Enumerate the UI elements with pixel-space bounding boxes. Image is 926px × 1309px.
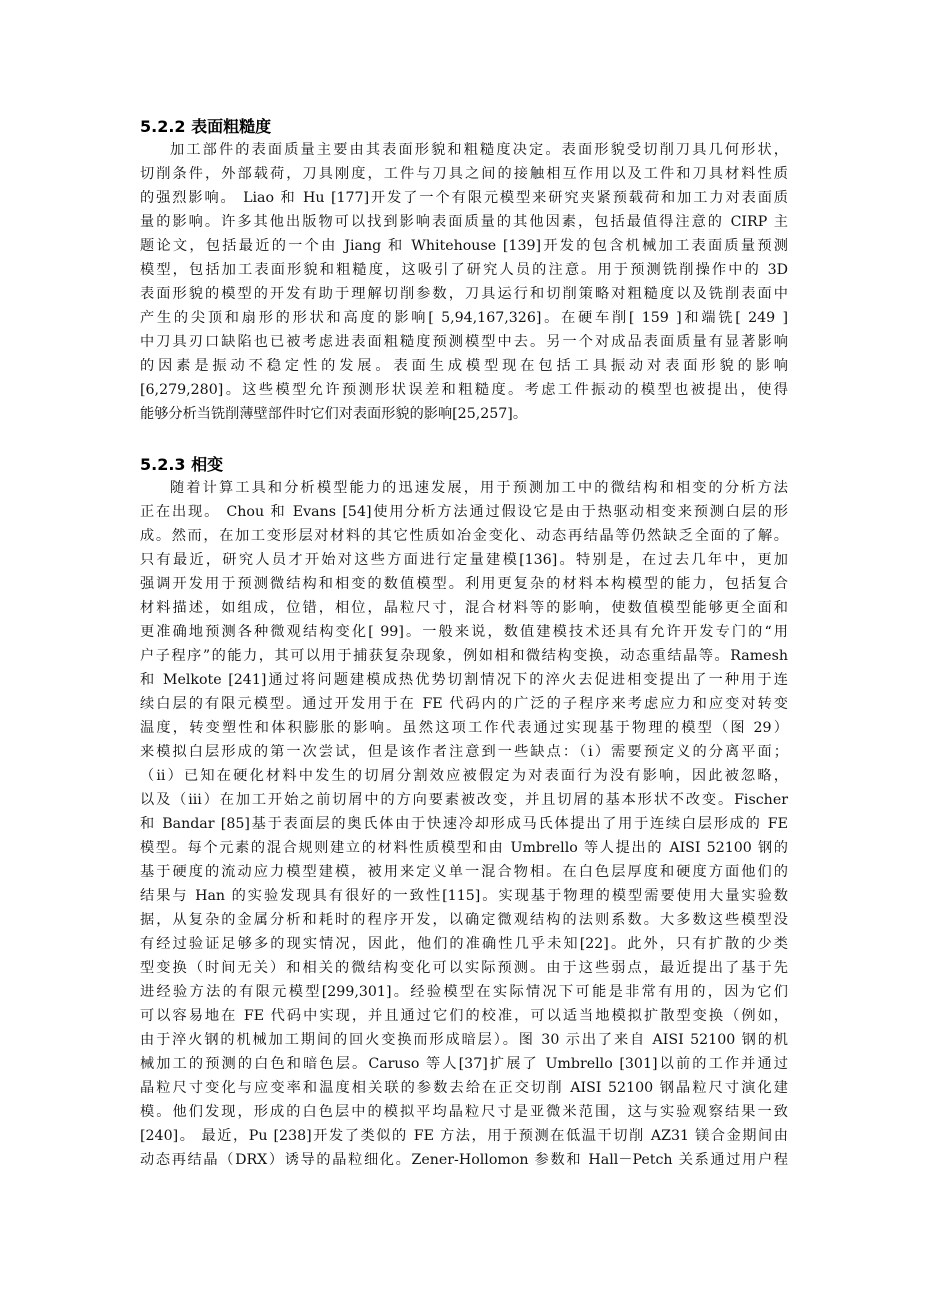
section-heading-surface-roughness: 5.2.2 表面粗糙度 xyxy=(140,117,271,137)
text-line: 晶粒尺寸变化与应变率和温度相关联的参数去给在正交切削 AISI 52100 钢晶… xyxy=(140,1078,788,1098)
text-line: 型变换（时间无关）和相关的微结构变化可以实际预测。由于这些弱点，最近提出了基于先 xyxy=(140,958,788,978)
text-line: 加工部件的表面质量主要由其表面形貌和粗糙度决定。表面形貌受切削刀具几何形状， xyxy=(140,140,788,160)
text-line: [6,279,280]。这些模型允许预测形状误差和粗糙度。考虑工件振动的模型也被… xyxy=(140,380,788,400)
text-line: 结果与 Han 的实验发现具有很好的一致性[115]。实现基于物理的模型需要使用… xyxy=(140,886,788,906)
text-line: 正在出现。 Chou 和 Evans [54]使用分析方法通过假设它是由于热驱动… xyxy=(140,502,788,522)
text-line: 材料描述，如组成，位错，相位，晶粒尺寸，混合材料等的影响，使数值模型能够更全面和 xyxy=(140,598,788,618)
text-line: 基于硬度的流动应力模型建模，被用来定义单一混合物相。在白色层厚度和硬度方面他们的 xyxy=(140,862,788,882)
text-line: 进经验方法的有限元模型[299,301]。经验模型在实际情况下可能是非常有用的，… xyxy=(140,982,788,1002)
text-line: 能够分析当铣削薄壁部件时它们对表面形貌的影响[25,257]。 xyxy=(140,404,788,424)
text-line: 切削条件，外部载荷，刀具刚度，工件与刀具之间的接触相互作用以及工件和刀具材料性质 xyxy=(140,164,788,184)
text-line: 更准确地预测各种微观结构变化[ 99]。一般来说，数值建模技术还具有允许开发专门… xyxy=(140,622,788,642)
text-line: 户子程序”的能力，其可以用于捕获复杂现象，例如相和微结构变换，动态重结晶等。Ra… xyxy=(140,646,788,666)
text-line: 量的影响。许多其他出版物可以找到影响表面质量的其他因素，包括最值得注意的 CIR… xyxy=(140,212,788,232)
text-line: 续白层的有限元模型。通过开发用于在 FE 代码内的广泛的子程序来考虑应力和应变对… xyxy=(140,694,788,714)
text-line: 表面形貌的模型的开发有助于理解切削参数，刀具运行和切削策略对粗糙度以及铣削表面中 xyxy=(140,284,788,304)
text-line: 随着计算工具和分析模型能力的迅速发展，用于预测加工中的微结构和相变的分析方法 xyxy=(140,478,788,498)
text-line: 模型。每个元素的混合规则建立的材料性质模型和由 Umbrello 等人提出的 A… xyxy=(140,838,788,858)
text-line: 强调开发用于预测微结构和相变的数值模型。利用更复杂的材料本构模型的能力，包括复合 xyxy=(140,574,788,594)
text-line: 以及（iii）在加工开始之前切屑中的方向要素被改变，并且切屑的基本形状不改变。F… xyxy=(140,790,788,810)
text-line: 据，从复杂的金属分析和耗时的程序开发，以确定微观结构的法则系数。大多数这些模型没 xyxy=(140,910,788,930)
text-line: 产生的尖顶和扇形的形状和高度的影响[ 5,94,167,326]。在硬车削[ 1… xyxy=(140,308,788,328)
text-line: 可以容易地在 FE 代码中实现，并且通过它们的校准，可以适当地模拟扩散型变换（例… xyxy=(140,1006,788,1026)
text-line: 题论文，包括最近的一个由 Jiang 和 Whitehouse [139]开发的… xyxy=(140,236,788,256)
text-line: 动态再结晶（DRX）诱导的晶粒细化。Zener-Hollomon 参数和 Hal… xyxy=(140,1150,788,1170)
text-line: 和 Melkote [241]通过将问题建模成热优势切割情况下的淬火去促进相变提… xyxy=(140,670,788,690)
text-line: 中刀具刃口缺陷也已被考虑进表面粗糙度预测模型中去。另一个对成品表面质量有显著影响 xyxy=(140,332,788,352)
text-line: 和 Bandar [85]基于表面层的奥氏体由于快速冷却形成马氏体提出了用于连续… xyxy=(140,814,788,834)
text-line: 来模拟白层形成的第一次尝试，但是该作者注意到一些缺点：（i）需要预定义的分离平面… xyxy=(140,742,788,762)
text-line: 由于淬火钢的机械加工期间的回火变换而形成暗层）。图 30 示出了来自 AISI … xyxy=(140,1030,788,1050)
text-line: 械加工的预测的白色和暗色层。Caruso 等人[37]扩展了 Umbrello … xyxy=(140,1054,788,1074)
text-line: 有经过验证足够多的现实情况，因此，他们的准确性几乎未知[22]。此外，只有扩散的… xyxy=(140,934,788,954)
text-line: （ii）已知在硬化材料中发生的切屑分割效应被假定为对表面行为没有影响，因此被忽略… xyxy=(140,766,788,786)
text-line: 模型，包括加工表面形貌和粗糙度，这吸引了研究人员的注意。用于预测铣削操作中的 3… xyxy=(140,260,788,280)
text-line: 温度，转变塑性和体积膨胀的影响。虽然这项工作代表通过实现基于物理的模型（图 29… xyxy=(140,718,788,738)
text-line: 的因素是振动不稳定性的发展。表面生成模型现在包括工具振动对表面形貌的影响 xyxy=(140,356,788,376)
text-line: 模。他们发现，形成的白色层中的模拟平均晶粒尺寸是亚微米范围，这与实验观察结果一致 xyxy=(140,1102,788,1122)
section-heading-phase-transformation: 5.2.3 相变 xyxy=(140,455,223,475)
text-line: [240]。 最近，Pu [238]开发了类似的 FE 方法，用于预测在低温干切… xyxy=(140,1126,788,1146)
text-line: 只有最近，研究人员才开始对这些方面进行定量建模[136]。特别是，在过去几年中，… xyxy=(140,550,788,570)
text-line: 的强烈影响。 Liao 和 Hu [177]开发了一个有限元模型来研究夹紧预载荷… xyxy=(140,188,788,208)
text-line: 成。然而，在加工变形层对材料的其它性质如冶金变化、动态再结晶等仍然缺乏全面的了解… xyxy=(140,526,788,546)
